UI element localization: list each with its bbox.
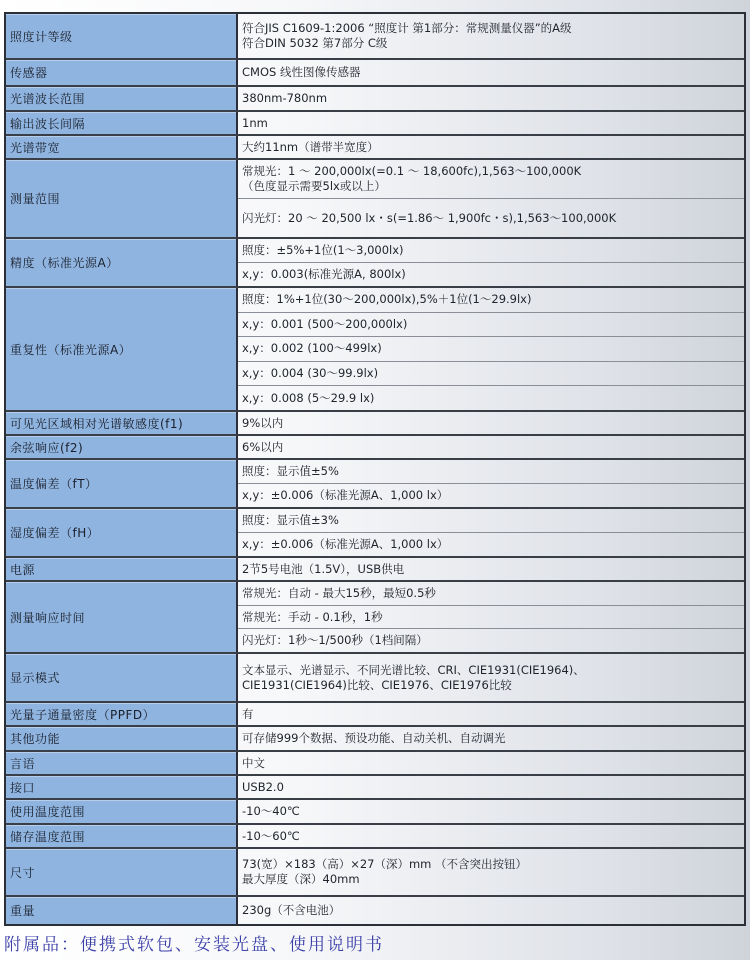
spec-label: 输出波长间隔 <box>6 112 238 134</box>
spec-value-line: x,y：0.008 (5～29.9 lx) <box>242 391 744 406</box>
spec-value: x,y：0.008 (5～29.9 lx) <box>238 386 744 410</box>
spec-value-cell: 常规光：自动 - 最大15秒，最短0.5秒常规光：手动 - 0.1秒，1秒闪光灯… <box>238 582 744 652</box>
spec-value-line: 文本显示、光谱显示、不同光谱比较、CRI、CIE1931(CIE1964)、 <box>242 663 744 678</box>
spec-value-line: x,y：0.003(标准光源A, 800lx) <box>242 267 744 282</box>
spec-value-line: x,y：0.001 (500～200,000lx) <box>242 317 744 332</box>
spec-value: 1nm <box>238 112 744 134</box>
spec-label: 余弦响应(f2) <box>6 436 238 458</box>
spec-row: 接口USB2.0 <box>6 776 744 800</box>
spec-row: 其他功能可存储999个数据、预设功能、自动关机、自动调光 <box>6 727 744 752</box>
spec-value-line: 符合DIN 5032 第7部分 C级 <box>242 36 744 51</box>
spec-label: 储存温度范围 <box>6 825 238 847</box>
spec-label: 尺寸 <box>6 849 238 895</box>
spec-value-cell: 文本显示、光谱显示、不同光谱比较、CRI、CIE1931(CIE1964)、CI… <box>238 654 744 701</box>
spec-row: 湿度偏差（fH）照度：显示值±3%x,y：±0.006（标准光源A、1,000 … <box>6 509 744 558</box>
spec-value-line: CMOS 线性图像传感器 <box>242 65 744 80</box>
spec-value-line: 1nm <box>242 116 744 131</box>
spec-label: 显示模式 <box>6 654 238 701</box>
spec-value-cell: 380nm-780nm <box>238 87 744 110</box>
spec-value-cell: 2节5号电池（1.5V），USB供电 <box>238 558 744 580</box>
spec-value-cell: 9%以内 <box>238 412 744 434</box>
spec-value-line: 最大厚度（深）40mm <box>242 872 744 887</box>
spec-value: x,y：0.004 (30～99.9lx) <box>238 362 744 387</box>
spec-label: 湿度偏差（fH） <box>6 509 238 556</box>
spec-label: 测量范围 <box>6 160 238 237</box>
spec-value-line: 380nm-780nm <box>242 91 744 106</box>
spec-value: 闪光灯：1秒～1/500秒（1档间隔） <box>238 629 744 652</box>
spec-value: x,y：0.003(标准光源A, 800lx) <box>238 263 744 286</box>
spec-value-cell: 6%以内 <box>238 436 744 458</box>
spec-value-line: 闪光灯：20 ～ 20,500 lx・s(=1.86～ 1,900fc・s),1… <box>242 211 744 226</box>
spec-value-cell: -10～60℃ <box>238 825 744 847</box>
spec-row: 光量子通量密度（PPFD）有 <box>6 703 744 727</box>
spec-value-cell: 照度：1%+1位(30～200,000lx),5%＋1位(1～29.9lx)x,… <box>238 288 744 410</box>
spec-value-line: 照度：±5%+1位(1～3,000lx) <box>242 243 744 258</box>
spec-value-line: -10～40℃ <box>242 804 744 819</box>
spec-value-line: -10～60℃ <box>242 829 744 844</box>
spec-value-line: 照度：1%+1位(30～200,000lx),5%＋1位(1～29.9lx) <box>242 292 744 307</box>
spec-value-line: 73(宽）×183（高）×27（深）mm （不含突出按钮） <box>242 857 744 872</box>
spec-label: 电源 <box>6 558 238 580</box>
spec-label: 言语 <box>6 752 238 774</box>
spec-value: 73(宽）×183（高）×27（深）mm （不含突出按钮）最大厚度（深）40mm <box>238 849 744 895</box>
spec-label: 重复性（标准光源A） <box>6 288 238 410</box>
spec-value-cell: 有 <box>238 703 744 725</box>
spec-value-cell: CMOS 线性图像传感器 <box>238 60 744 85</box>
spec-value-line: 常规光：自动 - 最大15秒，最短0.5秒 <box>242 586 744 601</box>
spec-value-line: 大约11nm（谱带半宽度） <box>242 140 744 155</box>
spec-value: 大约11nm（谱带半宽度） <box>238 136 744 158</box>
spec-label: 传感器 <box>6 60 238 85</box>
spec-label: 测量响应时间 <box>6 582 238 652</box>
spec-value-cell: 中文 <box>238 752 744 774</box>
spec-value-cell: 照度：±5%+1位(1～3,000lx)x,y：0.003(标准光源A, 800… <box>238 239 744 286</box>
spec-row: 传感器CMOS 线性图像传感器 <box>6 60 744 87</box>
spec-value-line: CIE1931(CIE1964)比较、CIE1976、CIE1976比较 <box>242 678 744 693</box>
spec-value: -10～40℃ <box>238 800 744 823</box>
spec-value-line: USB2.0 <box>242 780 744 795</box>
spec-label: 精度（标准光源A） <box>6 239 238 286</box>
spec-value: x,y：±0.006（标准光源A、1,000 lx） <box>238 484 744 507</box>
spec-value: x,y：0.002 (100～499lx) <box>238 337 744 362</box>
spec-value-cell: 230g（不含电池） <box>238 897 744 924</box>
spec-value-cell: 照度：显示值±5%x,y：±0.006（标准光源A、1,000 lx） <box>238 460 744 507</box>
spec-value: USB2.0 <box>238 776 744 798</box>
spec-label: 使用温度范围 <box>6 800 238 823</box>
spec-label: 可见光区域相对光谱敏感度(f1) <box>6 412 238 434</box>
spec-value-line: 9%以内 <box>242 416 744 431</box>
spec-value-line: 闪光灯：1秒～1/500秒（1档间隔） <box>242 633 744 648</box>
spec-value-line: 6%以内 <box>242 440 744 455</box>
spec-label: 其他功能 <box>6 727 238 750</box>
spec-value: 闪光灯：20 ～ 20,500 lx・s(=1.86～ 1,900fc・s),1… <box>238 199 744 237</box>
spec-value: 9%以内 <box>238 412 744 434</box>
spec-row: 测量范围常规光：1 ～ 200,000lx(=0.1 ～ 18,600fc),1… <box>6 160 744 239</box>
spec-value-line: 常规光：1 ～ 200,000lx(=0.1 ～ 18,600fc),1,563… <box>242 164 744 179</box>
spec-row: 尺寸73(宽）×183（高）×27（深）mm （不含突出按钮）最大厚度（深）40… <box>6 849 744 897</box>
spec-row: 精度（标准光源A）照度：±5%+1位(1～3,000lx)x,y：0.003(标… <box>6 239 744 288</box>
spec-value: 230g（不含电池） <box>238 897 744 924</box>
spec-value-cell: 照度：显示值±3%x,y：±0.006（标准光源A、1,000 lx） <box>238 509 744 556</box>
spec-label: 接口 <box>6 776 238 798</box>
spec-row: 电源2节5号电池（1.5V），USB供电 <box>6 558 744 582</box>
spec-row: 光谱波长范围380nm-780nm <box>6 87 744 112</box>
spec-value-cell: 常规光：1 ～ 200,000lx(=0.1 ～ 18,600fc),1,563… <box>238 160 744 237</box>
spec-value: 照度：1%+1位(30～200,000lx),5%＋1位(1～29.9lx) <box>238 288 744 313</box>
spec-label: 温度偏差（fT） <box>6 460 238 507</box>
spec-value-line: 符合JIS C1609-1:2006 “照度计 第1部分：常规测量仪器”的A级 <box>242 21 744 36</box>
spec-value: 有 <box>238 703 744 725</box>
spec-value: CMOS 线性图像传感器 <box>238 60 744 85</box>
spec-row: 言语中文 <box>6 752 744 776</box>
spec-value-line: x,y：0.002 (100～499lx) <box>242 341 744 356</box>
spec-value-line: 有 <box>242 707 744 722</box>
spec-row: 可见光区域相对光谱敏感度(f1)9%以内 <box>6 412 744 436</box>
spec-table: 照度计等级符合JIS C1609-1:2006 “照度计 第1部分：常规测量仪器… <box>4 12 746 926</box>
spec-value-cell: 1nm <box>238 112 744 134</box>
spec-value-cell: 73(宽）×183（高）×27（深）mm （不含突出按钮）最大厚度（深）40mm <box>238 849 744 895</box>
spec-value-line: （色度显示需要5lx或以上） <box>242 179 744 194</box>
spec-value-line: x,y：0.004 (30～99.9lx) <box>242 366 744 381</box>
spec-value: -10～60℃ <box>238 825 744 847</box>
spec-value: 6%以内 <box>238 436 744 458</box>
spec-value-line: 2节5号电池（1.5V），USB供电 <box>242 562 744 577</box>
spec-row: 使用温度范围-10～40℃ <box>6 800 744 825</box>
spec-value-cell: USB2.0 <box>238 776 744 798</box>
spec-value-cell: -10～40℃ <box>238 800 744 823</box>
spec-value-cell: 符合JIS C1609-1:2006 “照度计 第1部分：常规测量仪器”的A级符… <box>238 14 744 58</box>
spec-value: 符合JIS C1609-1:2006 “照度计 第1部分：常规测量仪器”的A级符… <box>238 14 744 58</box>
spec-value-line: 常规光：手动 - 0.1秒，1秒 <box>242 610 744 625</box>
spec-value-cell: 大约11nm（谱带半宽度） <box>238 136 744 158</box>
spec-value: x,y：±0.006（标准光源A、1,000 lx） <box>238 533 744 556</box>
spec-label: 照度计等级 <box>6 14 238 58</box>
spec-value-line: 中文 <box>242 756 744 771</box>
spec-row: 光谱带宽大约11nm（谱带半宽度） <box>6 136 744 160</box>
spec-value: x,y：0.001 (500～200,000lx) <box>238 313 744 338</box>
spec-label: 光谱波长范围 <box>6 87 238 110</box>
spec-row: 显示模式文本显示、光谱显示、不同光谱比较、CRI、CIE1931(CIE1964… <box>6 654 744 703</box>
spec-row: 测量响应时间常规光：自动 - 最大15秒，最短0.5秒常规光：手动 - 0.1秒… <box>6 582 744 654</box>
spec-value: 2节5号电池（1.5V），USB供电 <box>238 558 744 580</box>
spec-row: 重量230g（不含电池） <box>6 897 744 924</box>
spec-value-line: 照度：显示值±5% <box>242 464 744 479</box>
spec-value: 380nm-780nm <box>238 87 744 110</box>
spec-row: 输出波长间隔1nm <box>6 112 744 136</box>
spec-row: 储存温度范围-10～60℃ <box>6 825 744 849</box>
spec-row: 余弦响应(f2)6%以内 <box>6 436 744 460</box>
spec-label: 光量子通量密度（PPFD） <box>6 703 238 725</box>
spec-value-line: 可存储999个数据、预设功能、自动关机、自动调光 <box>242 731 744 746</box>
spec-value-cell: 可存储999个数据、预设功能、自动关机、自动调光 <box>238 727 744 750</box>
spec-value: 文本显示、光谱显示、不同光谱比较、CRI、CIE1931(CIE1964)、CI… <box>238 654 744 701</box>
spec-value-line: 230g（不含电池） <box>242 903 744 918</box>
spec-value-line: x,y：±0.006（标准光源A、1,000 lx） <box>242 488 744 503</box>
spec-value: 照度：显示值±3% <box>238 509 744 533</box>
spec-value: 常规光：自动 - 最大15秒，最短0.5秒 <box>238 582 744 606</box>
spec-value-line: 照度：显示值±3% <box>242 513 744 528</box>
spec-row: 重复性（标准光源A）照度：1%+1位(30～200,000lx),5%＋1位(1… <box>6 288 744 412</box>
spec-value: 中文 <box>238 752 744 774</box>
spec-value: 可存储999个数据、预设功能、自动关机、自动调光 <box>238 727 744 750</box>
spec-label: 光谱带宽 <box>6 136 238 158</box>
spec-value: 照度：显示值±5% <box>238 460 744 484</box>
spec-value: 常规光：1 ～ 200,000lx(=0.1 ～ 18,600fc),1,563… <box>238 160 744 199</box>
accessories-note: 附属品：便携式软包、安装光盘、使用说明书 <box>4 930 384 955</box>
spec-value-line: x,y：±0.006（标准光源A、1,000 lx） <box>242 537 744 552</box>
spec-row: 照度计等级符合JIS C1609-1:2006 “照度计 第1部分：常规测量仪器… <box>6 14 744 60</box>
spec-label: 重量 <box>6 897 238 924</box>
spec-row: 温度偏差（fT）照度：显示值±5%x,y：±0.006（标准光源A、1,000 … <box>6 460 744 509</box>
spec-value: 照度：±5%+1位(1～3,000lx) <box>238 239 744 263</box>
spec-value: 常规光：手动 - 0.1秒，1秒 <box>238 606 744 630</box>
